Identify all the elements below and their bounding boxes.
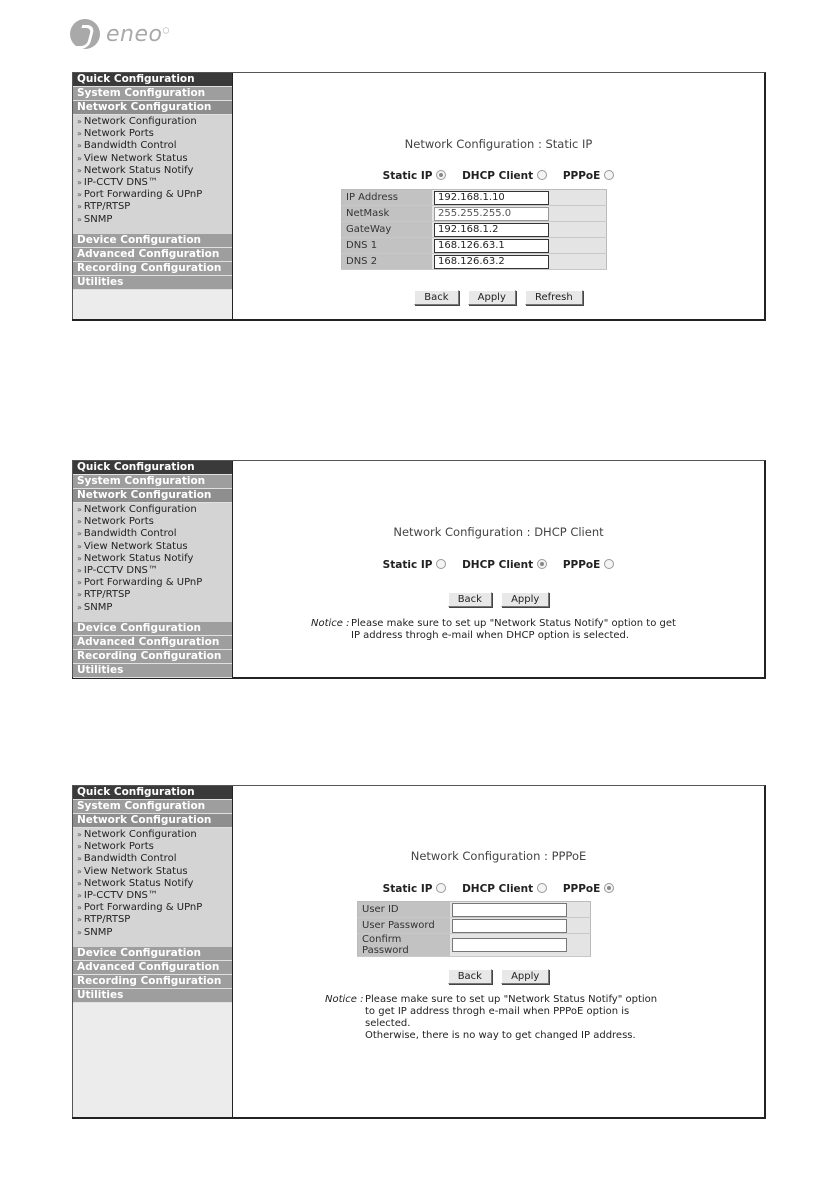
radio-unselected-icon[interactable]	[537, 883, 547, 893]
sidebar-item-device-configuration[interactable]: Device Configuration	[73, 622, 232, 636]
double-arrow-icon: »	[77, 578, 82, 587]
table-row: DNS 2168.126.63.2	[342, 254, 607, 270]
double-arrow-icon: »	[77, 154, 82, 163]
page-title: Network Configuration : PPPoE	[233, 849, 764, 863]
submenu-view-network-status[interactable]: »View Network Status	[73, 153, 232, 165]
radio-selected-icon[interactable]	[604, 883, 614, 893]
submenu-ip-cctv-dns[interactable]: »IP-CCTV DNS™	[73, 565, 232, 577]
notice-line: Please make sure to set up "Network Stat…	[351, 618, 676, 630]
double-arrow-icon: »	[77, 129, 82, 138]
sidebar-item-advanced-configuration[interactable]: Advanced Configuration	[73, 248, 232, 262]
field-label: User ID	[358, 902, 451, 918]
submenu-snmp[interactable]: »SNMP	[73, 927, 232, 939]
table-row: GateWay192.168.1.2	[342, 222, 607, 238]
network-submenu: »Network Configuration »Network Ports »B…	[73, 503, 232, 622]
sidebar-item-utilities[interactable]: Utilities	[73, 989, 232, 1003]
notice-label: Notice :	[325, 994, 364, 1006]
sidebar-item-device-configuration[interactable]: Device Configuration	[73, 234, 232, 248]
apply-button[interactable]: Apply	[468, 290, 516, 305]
double-arrow-icon: »	[77, 590, 82, 599]
back-button[interactable]: Back	[448, 969, 492, 984]
submenu-rtp-rtsp[interactable]: »RTP/RTSP	[73, 589, 232, 601]
notice-line: selected.	[365, 1018, 657, 1030]
double-arrow-icon: »	[77, 854, 82, 863]
page-title: Network Configuration : DHCP Client	[233, 525, 764, 539]
radio-unselected-icon[interactable]	[604, 170, 614, 180]
button-row: Back Apply	[233, 587, 764, 607]
sidebar-item-advanced-configuration[interactable]: Advanced Configuration	[73, 636, 232, 650]
double-arrow-icon: »	[77, 879, 82, 888]
button-row: Back Apply Refresh	[233, 285, 764, 305]
sidebar-item-recording-configuration[interactable]: Recording Configuration	[73, 262, 232, 276]
content-area: Network Configuration : PPPoE Static IP …	[233, 786, 764, 1117]
connection-type-radios: Static IP DHCP Client PPPoE	[233, 883, 764, 895]
submenu-rtp-rtsp[interactable]: »RTP/RTSP	[73, 914, 232, 926]
field-label: DNS 1	[342, 238, 433, 254]
notice-text: Notice : Please make sure to set up "Net…	[311, 618, 676, 642]
radio-dhcp-client[interactable]: DHCP Client	[462, 883, 547, 895]
double-arrow-icon: »	[77, 190, 82, 199]
double-arrow-icon: »	[77, 903, 82, 912]
submenu-port-forwarding-upnp[interactable]: »Port Forwarding & UPnP	[73, 189, 232, 201]
ip-address-input[interactable]: 192.168.1.10	[434, 191, 549, 205]
static-ip-panel: Quick Configuration System Configuration…	[72, 72, 766, 321]
submenu-bandwidth-control[interactable]: »Bandwidth Control	[73, 853, 232, 865]
submenu-snmp[interactable]: »SNMP	[73, 602, 232, 614]
sidebar-item-quick-configuration[interactable]: Quick Configuration	[73, 786, 232, 800]
refresh-button[interactable]: Refresh	[525, 290, 583, 305]
submenu-port-forwarding-upnp[interactable]: »Port Forwarding & UPnP	[73, 902, 232, 914]
double-arrow-icon: »	[77, 603, 82, 612]
sidebar-item-utilities[interactable]: Utilities	[73, 664, 232, 678]
gateway-input[interactable]: 192.168.1.2	[434, 223, 549, 237]
double-arrow-icon: »	[77, 542, 82, 551]
sidebar-item-system-configuration[interactable]: System Configuration	[73, 87, 232, 101]
network-submenu: »Network Configuration »Network Ports »B…	[73, 828, 232, 947]
radio-dhcp-client[interactable]: DHCP Client	[462, 559, 547, 571]
table-row: User ID	[358, 902, 591, 918]
radio-pppoe[interactable]: PPPoE	[563, 883, 614, 895]
submenu-network-configuration[interactable]: »Network Configuration	[73, 829, 232, 841]
submenu-rtp-rtsp[interactable]: »RTP/RTSP	[73, 201, 232, 213]
radio-static-ip[interactable]: Static IP	[383, 559, 447, 571]
sidebar-menu: Quick Configuration System Configuration…	[72, 73, 233, 319]
double-arrow-icon: »	[77, 830, 82, 839]
double-arrow-icon: »	[77, 178, 82, 187]
double-arrow-icon: »	[77, 915, 82, 924]
notice-text: Notice : Please make sure to set up "Net…	[325, 994, 657, 1042]
double-arrow-icon: »	[77, 554, 82, 563]
sidebar-item-network-configuration[interactable]: Network Configuration	[73, 489, 232, 503]
table-row: NetMask255.255.255.0	[342, 206, 607, 222]
sidebar-item-quick-configuration[interactable]: Quick Configuration	[73, 73, 232, 87]
radio-pppoe[interactable]: PPPoE	[563, 170, 614, 182]
sidebar-item-advanced-configuration[interactable]: Advanced Configuration	[73, 961, 232, 975]
sidebar-menu: Quick Configuration System Configuration…	[72, 786, 233, 1117]
network-submenu: »Network Configuration »Network Ports »B…	[73, 115, 232, 234]
field-label: DNS 2	[342, 254, 433, 270]
field-label: NetMask	[342, 206, 433, 222]
sidebar-item-quick-configuration[interactable]: Quick Configuration	[73, 461, 232, 475]
notice-line: Please make sure to set up "Network Stat…	[365, 994, 657, 1006]
pppoe-form: User ID User Password Confirm Password	[357, 901, 591, 957]
sidebar-item-system-configuration[interactable]: System Configuration	[73, 800, 232, 814]
submenu-network-status-notify[interactable]: »Network Status Notify	[73, 878, 232, 890]
user-password-input[interactable]	[452, 919, 567, 933]
netmask-input[interactable]: 255.255.255.0	[434, 207, 549, 221]
connection-type-radios: Static IP DHCP Client PPPoE	[233, 559, 764, 571]
sidebar-item-recording-configuration[interactable]: Recording Configuration	[73, 650, 232, 664]
submenu-view-network-status[interactable]: »View Network Status	[73, 866, 232, 878]
submenu-bandwidth-control[interactable]: »Bandwidth Control	[73, 528, 232, 540]
sidebar-item-network-configuration[interactable]: Network Configuration	[73, 814, 232, 828]
submenu-network-ports[interactable]: »Network Ports	[73, 516, 232, 528]
double-arrow-icon: »	[77, 529, 82, 538]
submenu-network-status-notify[interactable]: »Network Status Notify	[73, 553, 232, 565]
double-arrow-icon: »	[77, 505, 82, 514]
sidebar-menu: Quick Configuration System Configuration…	[72, 461, 233, 677]
radio-unselected-icon[interactable]	[436, 559, 446, 569]
radio-static-ip[interactable]: Static IP	[383, 883, 447, 895]
field-label: Confirm Password	[358, 934, 451, 957]
content-area: Network Configuration : DHCP Client Stat…	[233, 461, 764, 677]
sidebar-item-recording-configuration[interactable]: Recording Configuration	[73, 975, 232, 989]
double-arrow-icon: »	[77, 202, 82, 211]
double-arrow-icon: »	[77, 117, 82, 126]
radio-dhcp-client[interactable]: DHCP Client	[462, 170, 547, 182]
submenu-network-ports[interactable]: »Network Ports	[73, 128, 232, 140]
confirm-password-input[interactable]	[452, 938, 567, 952]
submenu-network-configuration[interactable]: »Network Configuration	[73, 116, 232, 128]
radio-unselected-icon[interactable]	[604, 559, 614, 569]
table-row: User Password	[358, 918, 591, 934]
radio-selected-icon[interactable]	[436, 170, 446, 180]
double-arrow-icon: »	[77, 517, 82, 526]
notice-line: Otherwise, there is no way to get change…	[365, 1030, 657, 1042]
double-arrow-icon: »	[77, 215, 82, 224]
eneo-logo: eneo○	[70, 14, 170, 54]
radio-pppoe[interactable]: PPPoE	[563, 559, 614, 571]
double-arrow-icon: »	[77, 166, 82, 175]
apply-button[interactable]: Apply	[501, 592, 549, 607]
table-row: Confirm Password	[358, 934, 591, 957]
radio-selected-icon[interactable]	[537, 559, 547, 569]
submenu-snmp[interactable]: »SNMP	[73, 214, 232, 226]
submenu-bandwidth-control[interactable]: »Bandwidth Control	[73, 140, 232, 152]
double-arrow-icon: »	[77, 867, 82, 876]
logo-text: eneo○	[106, 22, 170, 47]
content-area: Network Configuration : Static IP Static…	[233, 73, 764, 319]
back-button[interactable]: Back	[414, 290, 458, 305]
double-arrow-icon: »	[77, 842, 82, 851]
submenu-network-ports[interactable]: »Network Ports	[73, 841, 232, 853]
back-button[interactable]: Back	[448, 592, 492, 607]
apply-button[interactable]: Apply	[501, 969, 549, 984]
field-label: GateWay	[342, 222, 433, 238]
notice-line: IP address throgh e-mail when DHCP optio…	[351, 630, 676, 642]
sidebar-item-network-configuration[interactable]: Network Configuration	[73, 101, 232, 115]
double-arrow-icon: »	[77, 141, 82, 150]
submenu-network-configuration[interactable]: »Network Configuration	[73, 504, 232, 516]
field-label: IP Address	[342, 190, 433, 206]
radio-unselected-icon[interactable]	[436, 883, 446, 893]
button-row: Back Apply	[233, 964, 764, 984]
dns1-input[interactable]: 168.126.63.1	[434, 239, 549, 253]
pppoe-panel: Quick Configuration System Configuration…	[72, 785, 766, 1119]
notice-label: Notice :	[311, 618, 350, 630]
connection-type-radios: Static IP DHCP Client PPPoE	[233, 170, 764, 182]
notice-line: to get IP address throgh e-mail when PPP…	[365, 1006, 657, 1018]
sidebar-item-device-configuration[interactable]: Device Configuration	[73, 947, 232, 961]
eneo-logo-icon	[70, 19, 100, 49]
table-row: DNS 1168.126.63.1	[342, 238, 607, 254]
submenu-port-forwarding-upnp[interactable]: »Port Forwarding & UPnP	[73, 577, 232, 589]
dhcp-client-panel: Quick Configuration System Configuration…	[72, 460, 766, 679]
radio-unselected-icon[interactable]	[537, 170, 547, 180]
table-row: IP Address192.168.1.10	[342, 190, 607, 206]
submenu-network-status-notify[interactable]: »Network Status Notify	[73, 165, 232, 177]
double-arrow-icon: »	[77, 891, 82, 900]
sidebar-item-system-configuration[interactable]: System Configuration	[73, 475, 232, 489]
submenu-ip-cctv-dns[interactable]: »IP-CCTV DNS™	[73, 890, 232, 902]
double-arrow-icon: »	[77, 928, 82, 937]
radio-static-ip[interactable]: Static IP	[383, 170, 447, 182]
double-arrow-icon: »	[77, 566, 82, 575]
sidebar-item-utilities[interactable]: Utilities	[73, 276, 232, 290]
field-label: User Password	[358, 918, 451, 934]
submenu-view-network-status[interactable]: »View Network Status	[73, 541, 232, 553]
submenu-ip-cctv-dns[interactable]: »IP-CCTV DNS™	[73, 177, 232, 189]
static-ip-form: IP Address192.168.1.10 NetMask255.255.25…	[341, 189, 607, 270]
page-title: Network Configuration : Static IP	[233, 137, 764, 151]
user-id-input[interactable]	[452, 903, 567, 917]
dns2-input[interactable]: 168.126.63.2	[434, 255, 549, 269]
